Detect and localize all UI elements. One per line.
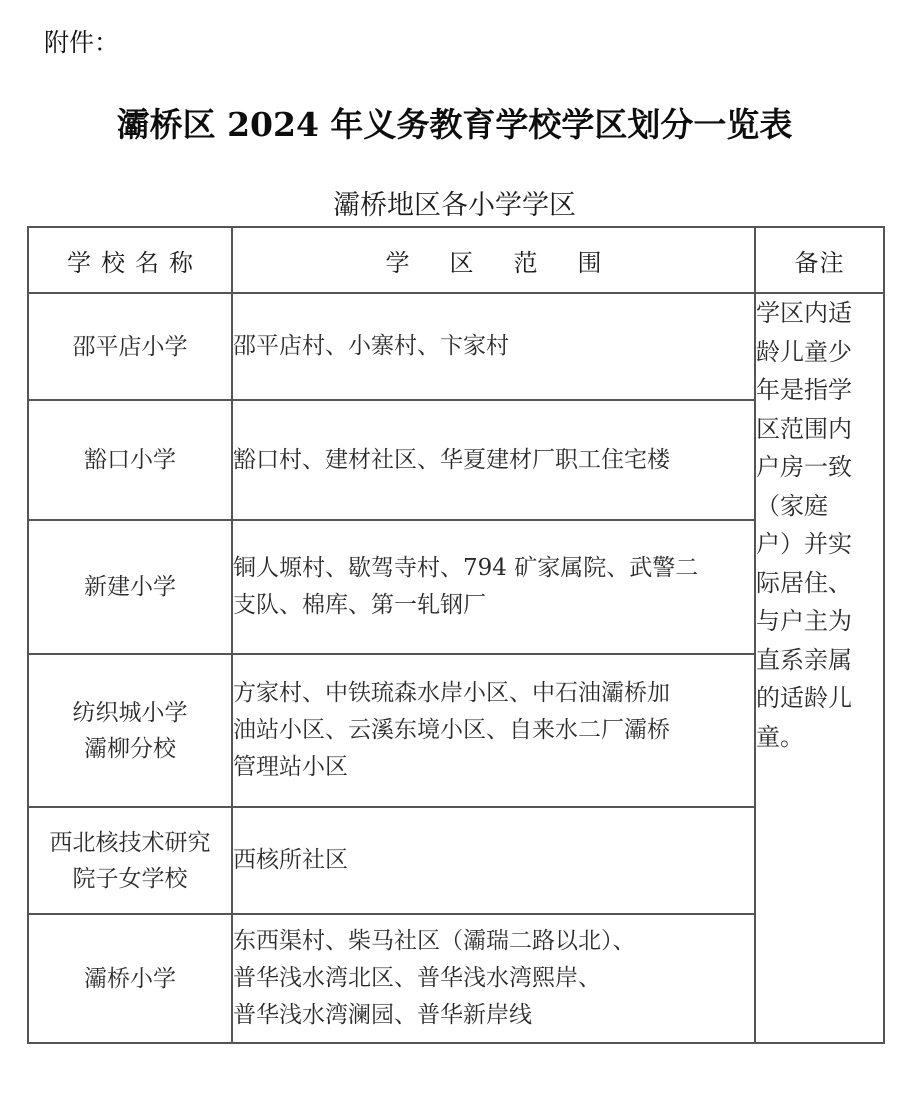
district-range-line: 铜人塬村、歇驾寺村、794 矿家属院、武警二 <box>233 550 754 587</box>
school-name-line: 院子女学校 <box>29 861 231 897</box>
district-range-line: 普华浅水湾北区、普华浅水湾熙岸、 <box>233 960 754 997</box>
district-range-line: 油站小区、云溪东境小区、自来水二厂灞桥 <box>233 712 754 749</box>
school-name-line: 邵平店小学 <box>29 329 231 365</box>
district-range-cell: 西核所社区 <box>232 807 755 914</box>
school-name-line: 豁口小学 <box>29 442 231 478</box>
school-name-cell: 灞桥小学 <box>28 914 232 1043</box>
school-name-cell: 西北核技术研究 院子女学校 <box>28 807 232 914</box>
column-header-district-range-label: 学区范围 <box>386 249 642 277</box>
district-range-line: 东西渠村、柴马社区（灞瑞二路以北）、 <box>233 923 754 960</box>
school-name-line: 灞柳分校 <box>29 731 231 767</box>
district-range-line: 西核所社区 <box>233 842 754 879</box>
table-row: 邵平店小学 邵平店村、小寨村、卞家村 学区内适 龄儿童少 年是指学 区范围内 户… <box>28 293 884 400</box>
school-name-line: 纺织城小学 <box>29 695 231 731</box>
district-range-line: 普华浅水湾澜园、普华新岸线 <box>233 997 754 1034</box>
column-header-school-name: 学校名称 <box>28 227 232 293</box>
school-name-line: 西北核技术研究 <box>29 825 231 861</box>
column-header-remark-label: 备注 <box>795 249 845 277</box>
remark-line: 区范围内 <box>756 410 883 449</box>
district-range-cell: 邵平店村、小寨村、卞家村 <box>232 293 755 400</box>
remark-cell: 学区内适 龄儿童少 年是指学 区范围内 户房一致 （家庭 户）并实 际居住、 与… <box>755 293 884 1043</box>
attachment-label: 附件： <box>44 26 119 60</box>
district-range-line: 方家村、中铁琉森水岸小区、中石油灞桥加 <box>233 675 754 712</box>
remark-line: 际居住、 <box>756 564 883 603</box>
remark-line: （家庭 <box>756 487 883 526</box>
district-range-line: 支队、棉库、第一轧钢厂 <box>233 587 754 624</box>
remark-line: 童。 <box>756 718 883 757</box>
remark-line: 的适龄儿 <box>756 679 883 718</box>
school-name-cell: 新建小学 <box>28 520 232 654</box>
table-header-row: 学校名称 学区范围 备注 <box>28 227 884 293</box>
remark-line: 户房一致 <box>756 448 883 487</box>
school-name-cell: 纺织城小学 灞柳分校 <box>28 654 232 807</box>
table-caption: 灞桥地区各小学学区 <box>0 188 909 224</box>
remark-line: 与户主为 <box>756 602 883 641</box>
column-header-district-range: 学区范围 <box>232 227 755 293</box>
school-name-cell: 邵平店小学 <box>28 293 232 400</box>
district-range-cell: 东西渠村、柴马社区（灞瑞二路以北）、 普华浅水湾北区、普华浅水湾熙岸、 普华浅水… <box>232 914 755 1043</box>
district-range-line: 豁口村、建材社区、华夏建材厂职工住宅楼 <box>233 442 754 479</box>
school-district-table: 学校名称 学区范围 备注 邵平店小学 邵平店村、小寨村、卞家村 学区内适 龄儿童… <box>27 226 885 1044</box>
column-header-remark: 备注 <box>755 227 884 293</box>
column-header-school-name-label: 学校名称 <box>67 249 203 277</box>
district-range-cell: 方家村、中铁琉森水岸小区、中石油灞桥加 油站小区、云溪东境小区、自来水二厂灞桥 … <box>232 654 755 807</box>
district-range-cell: 豁口村、建材社区、华夏建材厂职工住宅楼 <box>232 400 755 520</box>
school-name-cell: 豁口小学 <box>28 400 232 520</box>
district-range-cell: 铜人塬村、歇驾寺村、794 矿家属院、武警二 支队、棉库、第一轧钢厂 <box>232 520 755 654</box>
remark-line: 学区内适 <box>756 294 883 333</box>
remark-line: 龄儿童少 <box>756 333 883 372</box>
remark-line: 年是指学 <box>756 371 883 410</box>
document-title: 灞桥区 2024 年义务教育学校学区划分一览表 <box>0 102 909 148</box>
district-range-line: 邵平店村、小寨村、卞家村 <box>233 328 754 365</box>
school-name-line: 新建小学 <box>29 569 231 605</box>
school-name-line: 灞桥小学 <box>29 961 231 997</box>
remark-line: 户）并实 <box>756 525 883 564</box>
district-range-line: 管理站小区 <box>233 749 754 786</box>
remark-line: 直系亲属 <box>756 641 883 680</box>
